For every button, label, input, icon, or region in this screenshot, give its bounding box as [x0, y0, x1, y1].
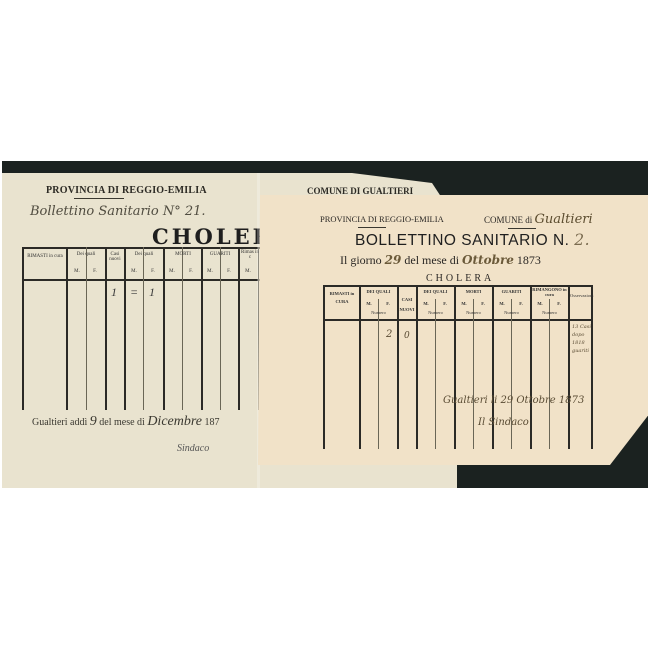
sub-header-f: F. — [382, 301, 394, 306]
column-rule — [86, 247, 87, 410]
flourish-divider — [508, 228, 536, 229]
flourish-divider — [74, 198, 124, 199]
column-rule — [163, 247, 165, 410]
column-rule — [323, 285, 325, 449]
header-dei-quali: DEI QUALI — [361, 289, 396, 294]
sub-header-f: F. — [515, 301, 527, 306]
column-rule — [182, 247, 183, 410]
sub-header-numero: Numero — [456, 310, 491, 315]
sub-header: M. — [205, 269, 215, 274]
header-osservazioni: Osservazioni — [570, 291, 590, 300]
sub-header: F. — [90, 269, 100, 274]
header-morti: MORTI — [456, 289, 491, 294]
sub-header-numero: Numero — [494, 310, 529, 315]
scanned-documents: PROVINCIA DI REGGIO-EMILIA Bollettino Sa… — [2, 161, 648, 488]
header-guariti: GUARITI — [494, 289, 529, 294]
sub-header: F. — [148, 269, 158, 274]
table-rule — [22, 247, 262, 249]
sub-header-m: M. — [363, 301, 375, 306]
column-rule — [66, 247, 68, 410]
front-data-table: RIMASTI in CURA DEI QUALI CASI NUOVI DEI… — [323, 285, 593, 449]
handwritten-day: 29 — [385, 253, 402, 267]
column-rule — [473, 299, 474, 449]
handwritten-month: Ottobre — [462, 253, 514, 267]
sub-header: M. — [243, 269, 253, 274]
front-bulletin-sheet: PROVINCIA DI REGGIO-EMILIA COMUNE di Gua… — [258, 195, 648, 488]
header-dei-quali-2: DEI QUALI — [418, 289, 453, 294]
handwritten-observations: 13 Casi dopo 1818 guariti — [572, 323, 594, 355]
sub-header-m: M. — [458, 301, 470, 306]
back-comune-heading: COMUNE DI GUALTIERI — [307, 186, 413, 196]
front-section-title: CHOLERA — [426, 273, 494, 284]
column-rule — [201, 247, 203, 410]
handwritten-casi-nuovi: 1 — [111, 285, 117, 300]
handwritten-m: = — [130, 285, 138, 300]
sub-header-numero: Numero — [532, 310, 567, 315]
sub-header-numero: Numero — [418, 310, 453, 315]
header-guariti: GUARITI — [203, 252, 237, 257]
front-province-heading: PROVINCIA DI REGGIO-EMILIA — [320, 214, 444, 224]
sub-header-m: M. — [420, 301, 432, 306]
column-rule — [105, 247, 107, 410]
sub-header: F. — [186, 269, 196, 274]
front-date-heading: Il giorno 29 del mese di Ottobre 1873 — [340, 253, 541, 268]
column-rule — [22, 247, 24, 410]
sub-header: M. — [129, 269, 139, 274]
front-comune-heading: COMUNE di Gualtieri — [484, 212, 593, 227]
column-rule — [435, 299, 436, 449]
header-rimasti: RIMASTI in cura — [26, 254, 64, 259]
flourish-divider — [358, 227, 386, 228]
handwritten-f: 1 — [149, 285, 155, 300]
column-rule — [220, 247, 221, 410]
column-rule — [549, 299, 550, 449]
header-rimangono: RIMANGONO in cura — [532, 287, 567, 297]
header-morti: MORTI — [165, 252, 201, 257]
column-rule — [378, 299, 379, 449]
sub-header: M. — [167, 269, 177, 274]
table-rule — [323, 319, 593, 321]
sub-header-f: F. — [477, 301, 489, 306]
column-rule — [143, 247, 144, 410]
header-dei-quali-2: Dei quali — [126, 252, 162, 257]
handwritten-bulletin-number: 2. — [574, 231, 590, 249]
sub-header: F. — [224, 269, 234, 274]
handwritten-date-line: Gualtieri li 29 Ottobre 1873 — [443, 395, 584, 406]
table-rule — [22, 279, 262, 281]
header-casi-nuovi: CASI NUOVI — [399, 295, 415, 315]
front-bulletin-title: BOLLETTINO SANITARIO N. 2. — [355, 231, 590, 250]
column-rule — [591, 285, 593, 449]
back-signature: Sindaco — [177, 443, 209, 454]
header-casi-nuovi: Casi nuovi — [107, 252, 123, 262]
sub-header-f: F. — [439, 301, 451, 306]
sub-header-f: F. — [553, 301, 565, 306]
handwritten-casi-nuovi: 0 — [404, 331, 410, 341]
header-dei-quali: Dei quali — [68, 252, 104, 257]
handwritten-comune: Gualtieri — [535, 212, 593, 227]
handwritten-dei-quali-f: 2 — [386, 329, 392, 340]
column-rule — [124, 247, 126, 410]
handwritten-signature: Il Sindaco — [478, 417, 529, 428]
column-rule — [568, 285, 570, 449]
sub-header-numero: Numero — [361, 310, 396, 315]
back-title: CHOLER — [152, 224, 273, 249]
sub-header-m: M. — [496, 301, 508, 306]
sub-header: M. — [72, 269, 82, 274]
header-rimasti-2: Rimas in c — [240, 250, 260, 260]
back-data-table: RIMASTI in cura Dei quali Casi nuovi Dei… — [22, 247, 262, 410]
back-bulletin-number: Bollettino Sanitario N° 21. — [30, 204, 206, 219]
sub-header-m: M. — [534, 301, 546, 306]
header-rimasti: RIMASTI in CURA — [326, 290, 358, 306]
back-date-line: Gualtieri addì 9 del mese di Dicembre 18… — [32, 414, 220, 430]
back-province-heading: PROVINCIA DI REGGIO-EMILIA — [46, 185, 207, 196]
column-rule — [238, 247, 240, 410]
